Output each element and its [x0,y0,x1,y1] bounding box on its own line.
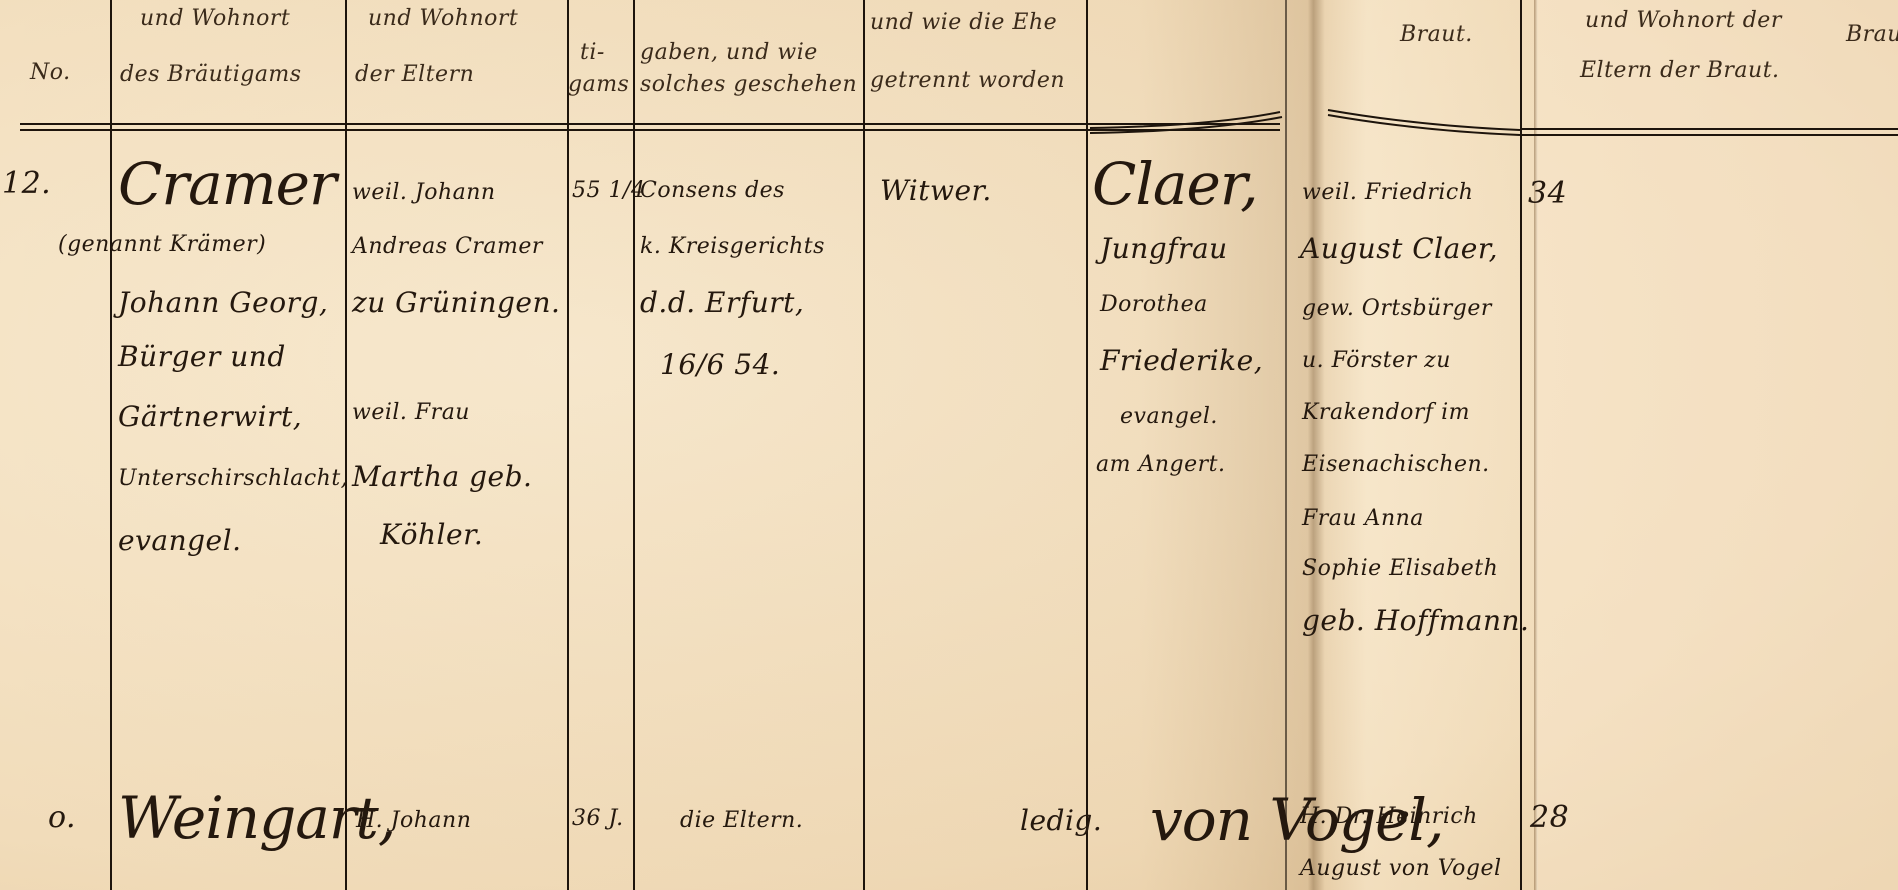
column-rule [1086,0,1088,890]
header-consent-line2: solches geschehen [640,72,857,97]
bride-age: 28 [1530,800,1569,835]
groom-parents-line: weil. Frau [352,400,470,425]
column-rule [110,0,112,890]
header-number: No. [30,60,71,85]
marital-status: Witwer. [880,174,992,207]
groom-surname: Weingart, [118,784,395,852]
bride-line: Jungfrau [1100,232,1228,265]
bride-line: Dorothea [1100,292,1208,317]
groom-surname: Cramer [118,150,336,218]
header-groom-line2: des Bräutigams [120,62,302,87]
column-rule [863,0,865,890]
bride-parents-line: Frau Anna [1302,506,1424,531]
bride-parents-line: August von Vogel [1300,856,1502,881]
groom-line: Johann Georg, [118,286,328,319]
bride-parents-line: geb. Hoffmann. [1302,604,1529,637]
header-age-line2: gams [568,72,629,97]
marital-status: ledig. [1020,804,1102,837]
consent-line: Consens des [640,178,785,203]
bride-parents-line: Sophie Elisabeth [1302,556,1498,581]
bride-line: Friederike, [1100,344,1263,377]
bride-parents-line: H. Dr. Heinrich [1300,804,1478,829]
header-rule-right-2 [1520,134,1898,136]
header-bride: Braut. [1400,22,1473,47]
column-rule [345,0,347,890]
groom-line: evangel. [118,524,241,557]
bride-line: evangel. [1120,404,1218,429]
groom-line: Bürger und [118,340,286,373]
bride-line: am Angert. [1096,452,1225,477]
bride-parents-line: weil. Friedrich [1302,180,1473,205]
header-divorced-line2: getrennt worden [870,68,1065,93]
consent-line: die Eltern. [680,808,803,833]
entry-number: 12. [2,166,51,201]
header-groom-line1: und Wohnort [140,6,290,31]
groom-parents-line: Köhler. [380,518,483,551]
header-rule-right [1520,128,1898,130]
column-rule [633,0,635,890]
header-bride-parents-line1: und Wohnort der [1585,8,1782,33]
groom-line: Gärtnerwirt, [118,400,302,433]
consent-line: k. Kreisgerichts [640,234,825,259]
bride-parents-line: gew. Ortsbürger [1302,296,1492,321]
entry-number: o. [48,800,76,835]
bride-surname: Claer, [1092,150,1258,218]
bride-parents-line: u. Förster zu [1302,348,1451,373]
groom-alias: (genannt Krämer) [58,232,266,257]
header-consent-line1: gaben, und wie [640,40,818,65]
header-groom-parents-line2: der Eltern [355,62,474,87]
header-divorced-line1: und wie die Ehe [870,10,1057,35]
groom-parents-line: weil. Johann [352,180,496,205]
header-rule-swoosh [1090,100,1530,140]
groom-parents-line: Andreas Cramer [352,234,543,259]
header-bride-parents-line2: Eltern der Braut. [1580,58,1780,83]
groom-age: 36 J. [572,806,624,831]
consent-line: 16/6 54. [660,348,780,381]
bride-parents-line: Eisenachischen. [1302,452,1490,477]
column-rule [567,0,569,890]
header-age-line1: ti- [580,40,605,65]
bride-parents-line: August Claer, [1300,232,1498,265]
header-groom-parents-line1: und Wohnort [368,6,518,31]
consent-line: d.d. Erfurt, [640,286,804,319]
groom-parents-line: Martha geb. [352,460,532,493]
groom-line: Unterschirschlacht, [118,466,348,491]
groom-age: 55 1/4 [572,178,645,203]
bride-parents-line: Krakendorf im [1302,400,1470,425]
groom-parents-line: H. Johann [356,808,471,833]
bride-age: 34 [1528,176,1567,211]
groom-parents-line: zu Grüningen. [352,286,560,319]
header-bride-age: Brau [1846,22,1898,47]
